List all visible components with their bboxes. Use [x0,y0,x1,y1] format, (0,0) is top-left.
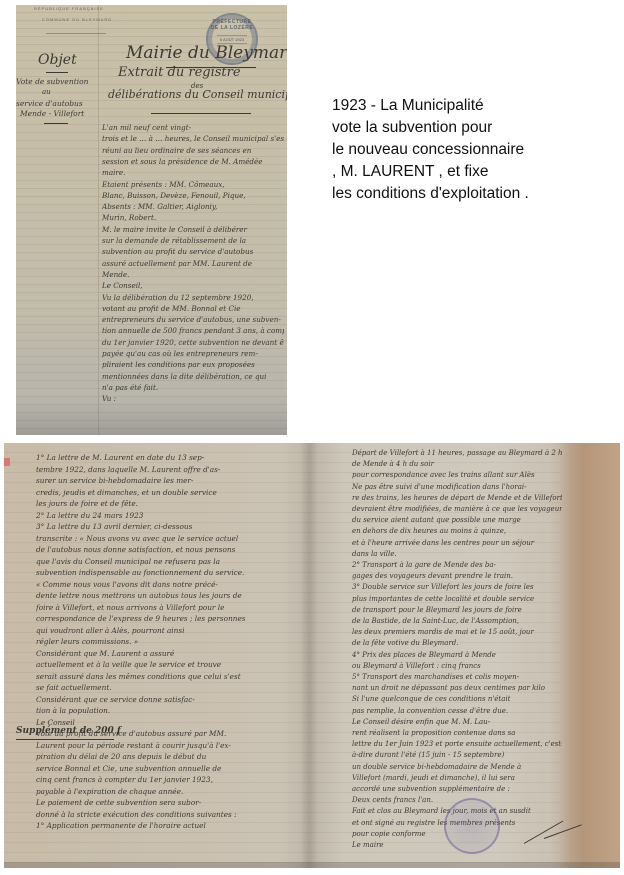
handwritten-line: en dehors de dix heures au moins à quinz… [352,527,562,535]
handwritten-line: subvention au profit du service d'autobu… [102,247,284,256]
handwritten-line: 2° La lettre du 24 mars 1923 [36,511,298,520]
handwritten-line: n'a pas été fait. [102,383,284,392]
photo-caption: 1923 - La Municipalité vote la subventio… [332,95,612,205]
margin-heading-underline [46,72,68,73]
handwritten-line: tion à la population. [36,706,298,715]
handwritten-line: 5° Transport des marchandises et colis m… [352,673,562,681]
handwritten-line: Le Conseil, [102,281,284,290]
caption-line-3: le nouveau concessionnaire [332,139,612,161]
handwritten-line: pas remplie, la convention cesse d'être … [352,707,562,715]
handwritten-line: de Mende à 4 h du soir [352,460,562,468]
handwritten-line: Mende. [102,270,284,279]
photo-bottom-edge [4,862,620,868]
handwritten-line: à-dire durant l'été (15 juin - 15 septem… [352,751,562,759]
subtitle-underline [151,113,251,114]
handwritten-line: du service aient autant que possible une… [352,516,562,524]
margin-line-3: service d'autobus [16,99,83,108]
handwritten-line: assuré actuellement par MM. Laurent de [102,259,284,268]
handwritten-line: Ne pas être suivi d'une modification dan… [352,483,562,491]
handwritten-line: réuni au lieu ordinaire de ses séances e… [102,146,284,155]
handwritten-line: 3° Double service sur Villefort les jour… [352,583,562,591]
caption-line-5: les conditions d'exploitation . [332,183,612,205]
handwritten-line: de transport pour le Bleymard les jours … [352,606,562,614]
handwritten-line: rent réalisent la proposition contenue d… [352,729,562,737]
handwritten-line: correspondance de l'express de 9 heures … [36,614,298,623]
page-tab-marker [4,458,10,466]
handwritten-line: régler leurs commissions. » [36,637,298,646]
handwritten-line: session et sous la présidence de M. Améd… [102,157,284,166]
handwritten-line: de la fête votive du Bleymard. [352,639,562,647]
handwritten-line: service Bonnal et Cie, une subvention an… [36,764,298,773]
handwritten-line: M. le maire invite le Conseil à délibére… [102,225,284,234]
handwritten-line: 1° Application permanente de l'horaire a… [36,821,298,830]
handwritten-line: « Comme nous vous l'avons dit dans notre… [36,580,298,589]
printed-header-line-2: COMMUNE DU BLEYMARD [42,17,112,22]
handwritten-line: actuellement et à la veille que le servi… [36,660,298,669]
handwritten-line: Vu : [102,394,284,403]
handwritten-line: 3° La lettre du 13 avril dernier, ci-des… [36,522,298,531]
handwritten-line: subvention indispensable au fonctionneme… [36,568,298,577]
margin-line-1: Vote de subvention [16,77,88,86]
handwritten-line: serait assuré dans les mêmes conditions … [36,672,298,681]
register-spread-photo: 1° La lettre de M. Laurent en date du 13… [4,443,620,868]
handwritten-line: Considérant que M. Laurent a assuré [36,649,298,658]
header-rule [46,33,106,34]
document-subtitle-1: Extrait du registre [118,65,241,80]
handwritten-line: votant au profit de MM. Bonnal et Cie [102,304,284,313]
handwritten-line: L'an mil neuf cent vingt- [102,123,284,132]
handwritten-line: pour correspondance avec les trains alla… [352,471,562,479]
handwritten-line: que l'avis du Conseil municipal ne refus… [36,557,298,566]
handwritten-line: entrepreneurs du service d'autobus, une … [102,315,284,324]
handwritten-line: ou Bleymard à Villefort : cinq francs [352,662,562,670]
handwritten-line: trois et le … à … heures, le Conseil mun… [102,134,284,143]
handwritten-line: 1° La lettre de M. Laurent en date du 13… [36,453,298,462]
handwritten-line: sur la demande de rétablissement de la [102,236,284,245]
handwritten-line: 2° Transport à la gare de Mende des ba- [352,561,562,569]
handwritten-line: nant un droit ne dépassant pas deux cent… [352,684,562,692]
handwritten-line: gages des voyageurs devant prendre le tr… [352,572,562,580]
handwritten-line: tembre 1922, dans laquelle M. Laurent of… [36,465,298,474]
handwritten-line: credis, jeudis et dimanches, et un doubl… [36,488,298,497]
handwritten-line: Laurent pour la période restant à courir… [36,741,298,750]
handwritten-line: plus importantes de cette localité et do… [352,595,562,603]
handwritten-line: dente lettre nous mettrons un autobus to… [36,591,298,600]
margin-heading: Objet [38,52,77,68]
handwritten-line: se fait actuellement. [36,683,298,692]
handwritten-line: cinq cent francs à compter du 1er janvie… [36,775,298,784]
handwritten-line: dans la ville. [352,550,562,558]
handwritten-line: un double service bi-hebdomadaire de Men… [352,763,562,771]
mairie-stamp [444,798,500,854]
margin-line-4: Mende - Villefort [20,109,84,118]
handwritten-line: Le paiement de cette subvention sera sub… [36,798,298,807]
handwritten-line: maire. [102,168,284,177]
handwritten-line: Etaient présents : MM. Cômeaux, [102,180,284,189]
handwritten-line: les deux premiers mardis de mai et le 15… [352,628,562,636]
handwritten-line: payée qu'au cas où les entrepreneurs rem… [102,349,284,358]
margin-note-supplement: Supplément de 200 f [16,726,121,736]
handwritten-line: piration du délai de 20 ans depuis le dé… [36,752,298,761]
handwritten-line: payable à l'expiration de chaque année. [36,787,298,796]
handwritten-line: Absents : MM. Galtier, Aigloniy, [102,202,284,211]
handwritten-line: re des trains, les heures de départ de M… [352,494,562,502]
handwritten-line: lettre du 1er Juin 1923 et porte ensuite… [352,740,562,748]
handwritten-line: les jours de foire et de fête. [36,499,298,508]
handwritten-line: du 1er janvier 1920, cette subvention ne… [102,338,284,347]
handwritten-line: qui voudront aller à Alès, pourront ains… [36,626,298,635]
handwritten-line: mentionnées dans la dite délibération, c… [102,372,284,381]
handwritten-line: Départ de Villefort à 11 heures, passage… [352,449,562,457]
handwritten-line: Murin, Robert. [102,213,284,222]
document-subtitle-2: délibérations du Conseil municipal [108,88,287,101]
handwritten-line: accordé une subvention supplémentaire de… [352,785,562,793]
page-fold [300,443,318,868]
margin-note-underline [16,739,114,740]
handwritten-line: tion annuelle de 500 francs pendant 3 an… [102,326,284,335]
handwritten-line: Considérant que ce service donne satisfa… [36,695,298,704]
council-extract-photo: RÉPUBLIQUE FRANÇAISE COMMUNE DU BLEYMARD… [16,5,287,435]
handwritten-line: Le Conseil désire enfin que M. M. Lau- [352,718,562,726]
handwritten-line: devraient être modifiées, de manière à c… [352,505,562,513]
handwritten-line: de l'autobus nous donne satisfaction, et… [36,545,298,554]
caption-line-2: vote la subvention pour [332,117,612,139]
handwritten-line: et à l'heure arrivée dans les centres po… [352,539,562,547]
handwritten-line: pliraient les conditions par eux proposé… [102,360,284,369]
handwritten-line: de la Bastide, de la Saint-Luc, de l'Ass… [352,617,562,625]
handwritten-line: donné à la stricte exécution des conditi… [36,810,298,819]
handwritten-line: Si l'une quelconque de ces conditions n'… [352,695,562,703]
printed-header-line-1: RÉPUBLIQUE FRANÇAISE [34,6,104,11]
handwritten-line: Villefort (mardi, jeudi et dimanche), il… [352,774,562,782]
handwritten-line: Vu la délibération du 12 septembre 1920, [102,293,284,302]
stamp-text: PRÉFECTURE DE LA LOZÈRE [208,19,256,31]
document-title: Mairie du Bleymard [126,43,287,63]
handwritten-line: transcrite : « Nous avons vu avec que le… [36,534,298,543]
handwritten-line: Blanc, Buisson, Devèze, Fenouil, Pique, [102,191,284,200]
margin-line-2: au [42,88,51,96]
margin-underline [44,123,68,124]
handwritten-line: 4° Prix des places de Bleymard à Mende [352,651,562,659]
margin-line [98,5,99,435]
caption-line-1: 1923 - La Municipalité [332,95,612,117]
handwritten-line: foire à Villefort, et nous arrivons à Vi… [36,603,298,612]
caption-line-4: , M. LAURENT , et fixe [332,161,612,183]
handwritten-line: surer un service bi-hebdomadaire les mer… [36,476,298,485]
